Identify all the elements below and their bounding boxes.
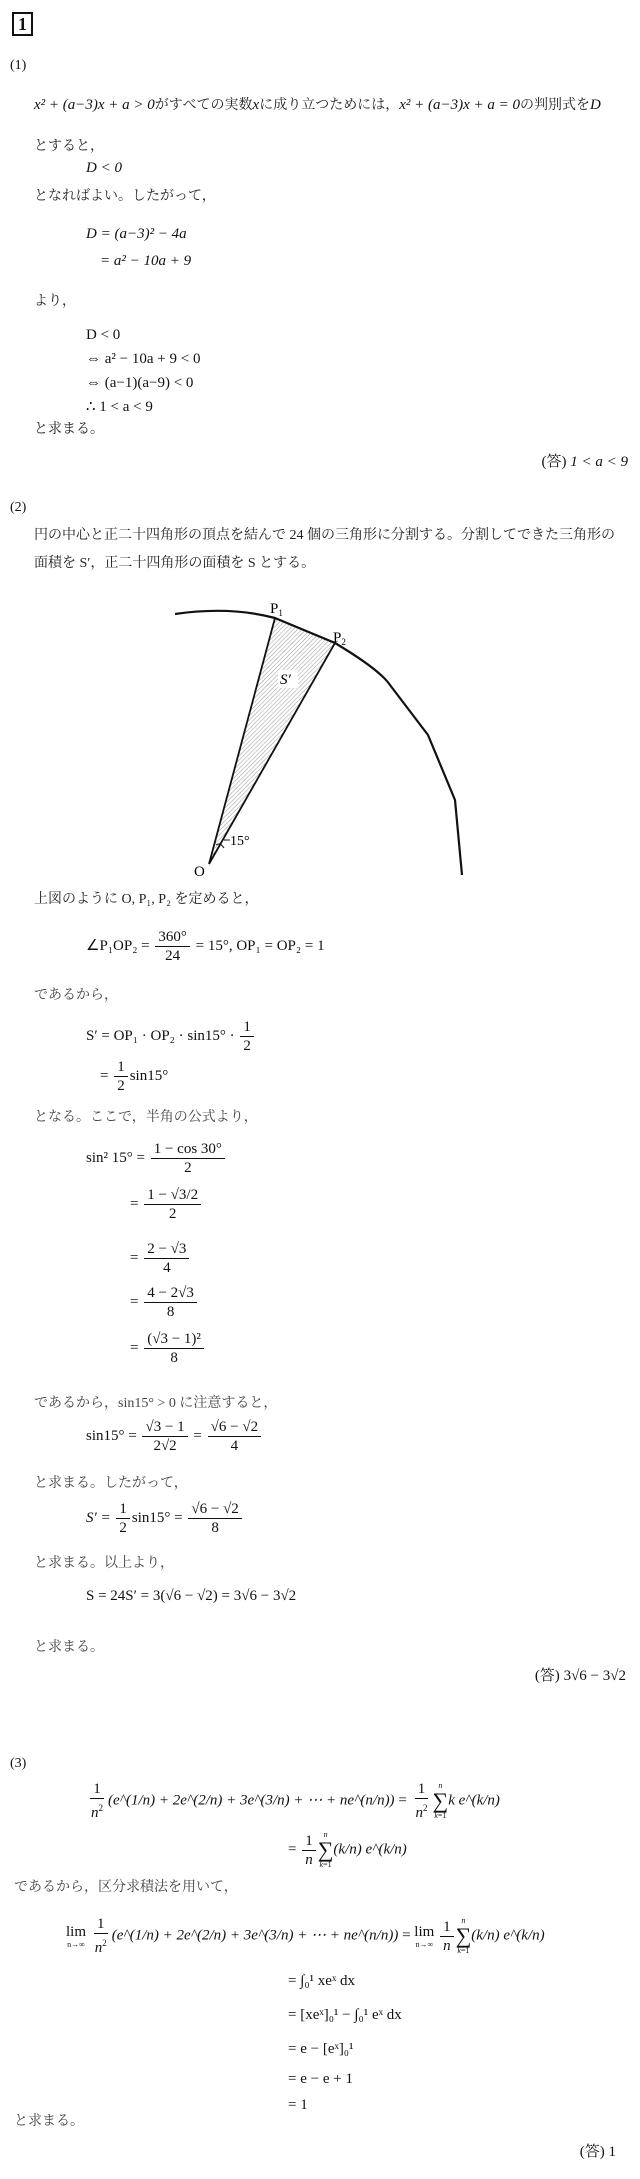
part1-label: (1) (10, 58, 26, 74)
part1-line1: x² + (a−3)x + a > 0がすべての実数xに成り立つためには，x² … (34, 94, 601, 114)
sin2-step-4: = (√3 − 1)²8 (130, 1330, 206, 1367)
part3-riemann-intro: であるから，区分求積法を用いて， (14, 1876, 238, 1896)
part2-hence: と求まる。以上より， (34, 1552, 174, 1572)
problem-number-box: 1 (12, 12, 33, 36)
part1-line3: となればよい。したがって， (34, 185, 216, 205)
part3-sum-rewritten: = 1nn∑k=1(k/n) e^(k/n) (288, 1830, 407, 1870)
part1-condition: D < 0 (86, 160, 122, 177)
part2-intro-line2: 面積を S′，正二十四角形の面積を S とする。 (34, 552, 315, 572)
s-prime-result: S′ = 12sin15° = √6 − √28 (86, 1500, 244, 1537)
part2-intro-line1: 円の中心と正二十四角形の頂点を結んで 24 個の三角形に分割する。分割してできた… (34, 524, 615, 544)
part2-dearukara: であるから， (34, 984, 118, 1004)
o-label: O (194, 864, 205, 880)
part2-label: (2) (10, 500, 26, 516)
part2-therefore: と求まる。したがって， (34, 1472, 188, 1492)
part1-conclusion: と求まる。 (34, 418, 104, 438)
p2-label: P2 (333, 630, 346, 647)
part3-answer: (答) 1 (580, 2140, 616, 2161)
part2-conclusion: と求まる。 (34, 1636, 104, 1656)
angle-15-label: 15° (230, 834, 250, 849)
p1-label: P1 (270, 601, 283, 618)
part1-discriminant: D = (a−3)² − 4a (86, 226, 187, 243)
part1-discriminant-expanded: = a² − 10a + 9 (100, 253, 191, 270)
sin2-step-3: = 4 − 2√38 (130, 1284, 199, 1321)
part2-half-angle-intro: となる。ここで，半角の公式より， (34, 1106, 258, 1126)
part1-answer: (答) 1 < a < 9 (542, 450, 629, 471)
part2-define: 上図のように O, P₁, P₂ を定めると， (34, 888, 258, 908)
part3-conclusion: と求まる。 (14, 2110, 84, 2130)
sin2-step-1: = 1 − √3/22 (130, 1186, 203, 1223)
polygon-sector-figure: S′ P1 P2 O 15° (150, 590, 480, 890)
s-prime-label: S′ (280, 672, 292, 688)
part3-label: (3) (10, 1756, 26, 1772)
s-total-equation: S = 24S′ = 3(√6 − √2) = 3√6 − 3√2 (86, 1588, 296, 1605)
part2-answer: (答) 3√6 − 3√2 (535, 1664, 626, 1685)
part3-sum-expression: 1n2(e^(1/n) + 2e^(2/n) + 3e^(3/n) + ⋯ + … (86, 1780, 500, 1822)
sin15-equation: sin15° = √3 − 12√2 = √6 − √24 (86, 1418, 263, 1455)
part3-limit-expression: limn→∞ 1n2(e^(1/n) + 2e^(2/n) + 3e^(3/n)… (66, 1915, 545, 1957)
part1-yori: より， (34, 290, 76, 310)
sin2-step-2: = 2 − √34 (130, 1240, 191, 1277)
sin2-step-0: sin² 15° = 1 − cos 30°2 (86, 1140, 227, 1177)
area-equation-1: S′ = OP₁ · OP₂ · sin15° · 12 (86, 1018, 256, 1055)
part1-steps: D < 0 ⇔ a² − 10a + 9 < 0 ⇔ (a−1)(a−9) < … (86, 323, 200, 419)
triangle-op1p2 (209, 618, 335, 864)
part1-line2: とすると， (34, 135, 104, 155)
area-equation-2: = 12sin15° (100, 1058, 168, 1095)
angle-equation: ∠P₁OP₂ = 360°24 = 15°, OP₁ = OP₂ = 1 (86, 928, 325, 965)
part2-positivity-note: であるから，sin15° > 0 に注意すると， (34, 1392, 277, 1412)
part3-integral-steps: = ∫₀¹ xeˣ dx = [xeˣ]₀¹ − ∫₀¹ eˣ dx = e −… (288, 1964, 402, 2118)
